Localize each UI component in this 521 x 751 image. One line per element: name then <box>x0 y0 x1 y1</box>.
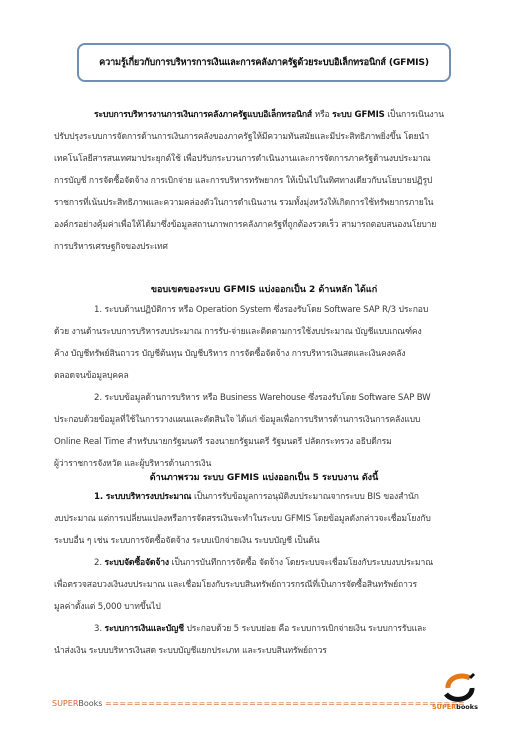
logo-text-books: books <box>456 703 478 711</box>
document-title-box: ความรู้เกี่ยวกับการบริหารการเงินและการคล… <box>77 43 451 82</box>
intro-line-7: การบริหารเศรษฐกิจของประเทศ <box>54 236 474 258</box>
overview-item1-line2: งบประมาณ แต่การเปลี่ยนแปลงหรือการจัดสรรเ… <box>54 508 474 530</box>
overview-item2-line3: มูลค่าตั้งแต่ 5,000 บาทขึ้นไป <box>54 596 474 618</box>
document-title: ความรู้เกี่ยวกับการบริหารการเงินและการคล… <box>79 55 449 70</box>
scope-item2-line2: ประกอบด้วยข้อมูลที่ใช้ในการวางแผนและตัดส… <box>54 409 474 431</box>
footer-brand-super: SUPER <box>52 699 78 708</box>
intro-line-5: ราชการที่เน้นประสิทธิภาพและความคล่องตัวใ… <box>54 192 474 214</box>
intro-line-1-rest: เป็นการเนินงาน <box>385 110 444 120</box>
overview-item2-line1: 2. ระบบจัดซื้อจัดจ้าง เป็นการบันทึกการจั… <box>54 552 474 574</box>
overview-heading: ด้านภาพรวม ระบบ GFMIS แบ่งออกเป็น 5 ระบบ… <box>54 470 474 484</box>
scope-section: 1. ระบบด้านปฏิบัติการ หรือ Operation Sys… <box>54 299 474 475</box>
overview-item2-line1-rest: เป็นการบันทึกการจัดซื้อ จัดจ้าง โดยระบบจ… <box>169 558 433 568</box>
scope-item1-line4: ตลอดจนข้อมูลบุคคล <box>54 365 474 387</box>
scope-item1-line3: ค้าง บัญชีทรัพย์สินถาวร บัญชีต้นทุน บัญช… <box>54 343 474 365</box>
scope-item2-line3: Online Real Time สำหรับนายกรัฐมนตรี รองน… <box>54 431 474 453</box>
overview-item2-line2: เพื่อตรวจสอบวงเงินงบประมาณ และเชื่อมโยงก… <box>54 574 474 596</box>
intro-line-1: ระบบการบริหารงานการเงินการคลังภาครัฐแบบอ… <box>54 104 474 126</box>
intro-line-2: ปรับปรุงระบบการจัดการด้านการเงินการคลังข… <box>54 126 474 148</box>
overview-item3-line2: นำส่งเงิน ระบบบริหารเงินสด ระบบบัญชีแยกป… <box>54 640 474 662</box>
intro-line-4: การบัญชี การจัดซื้อจัดจ้าง การเบิกจ่าย แ… <box>54 170 474 192</box>
overview-item1-line1: 1. ระบบบริหารงบประมาณ เป็นการรับข้อมูลกา… <box>54 486 474 508</box>
intro-line-3: เทคโนโลยีสารสนเทศมาประยุกต์ใช้ เพื่อปรับ… <box>54 148 474 170</box>
intro-bold-acronym: ระบบ GFMIS <box>332 110 385 120</box>
scope-item1-line1: 1. ระบบด้านปฏิบัติการ หรือ Operation Sys… <box>54 299 474 321</box>
overview-item1-title: 1. ระบบบริหารงบประมาณ <box>94 492 191 502</box>
logo-text-super: SUPER <box>432 703 456 711</box>
superbooks-logo-text: SUPERbooks <box>432 703 478 711</box>
intro-connector: หรือ <box>312 110 332 120</box>
overview-item3-line1: 3. ระบบการเงินและบัญชี ประกอบด้วย 5 ระบบ… <box>54 618 474 640</box>
intro-paragraph: ระบบการบริหารงานการเงินการคลังภาครัฐแบบอ… <box>54 104 474 258</box>
overview-item2-title: ระบบจัดซื้อจัดจ้าง <box>104 558 168 568</box>
intro-bold-term: ระบบการบริหารงานการเงินการคลังภาครัฐแบบอ… <box>94 110 312 120</box>
overview-item3-title: ระบบการเงินและบัญชี <box>104 624 183 634</box>
overview-section: 1. ระบบบริหารงบประมาณ เป็นการรับข้อมูลกา… <box>54 486 474 662</box>
overview-item1-line1-rest: เป็นการรับข้อมูลการอนุมัติงบประมาณจากระบ… <box>191 492 418 502</box>
overview-item1-line3: ระบบอื่น ๆ เช่น ระบบการจัดซื้อจัดจ้าง ระ… <box>54 530 474 552</box>
footer-brand-books: Books <box>78 699 102 708</box>
page-footer: SUPERBooks =============================… <box>52 699 432 708</box>
intro-line-6: องค์กรอย่างคุ้มค่าเพื่อให้ได้มาซึ่งข้อมู… <box>54 214 474 236</box>
scope-item1-line2: ด้วย งานด้านระบบการบริหารงบประมาณ การรับ… <box>54 321 474 343</box>
overview-item3-line1-rest: ประกอบด้วย 5 ระบบย่อย คือ ระบบการเบิกจ่า… <box>184 624 427 634</box>
footer-separator: ========================================… <box>105 699 465 708</box>
overview-item3-number: 3. <box>94 624 104 634</box>
overview-item2-number: 2. <box>94 558 104 568</box>
scope-item2-line1: 2. ระบบข้อมูลด้านการบริหาร หรือ Business… <box>54 387 474 409</box>
scope-heading: ขอบเขตของระบบ GFMIS แบ่งออกเป็น 2 ด้านหล… <box>54 282 474 296</box>
